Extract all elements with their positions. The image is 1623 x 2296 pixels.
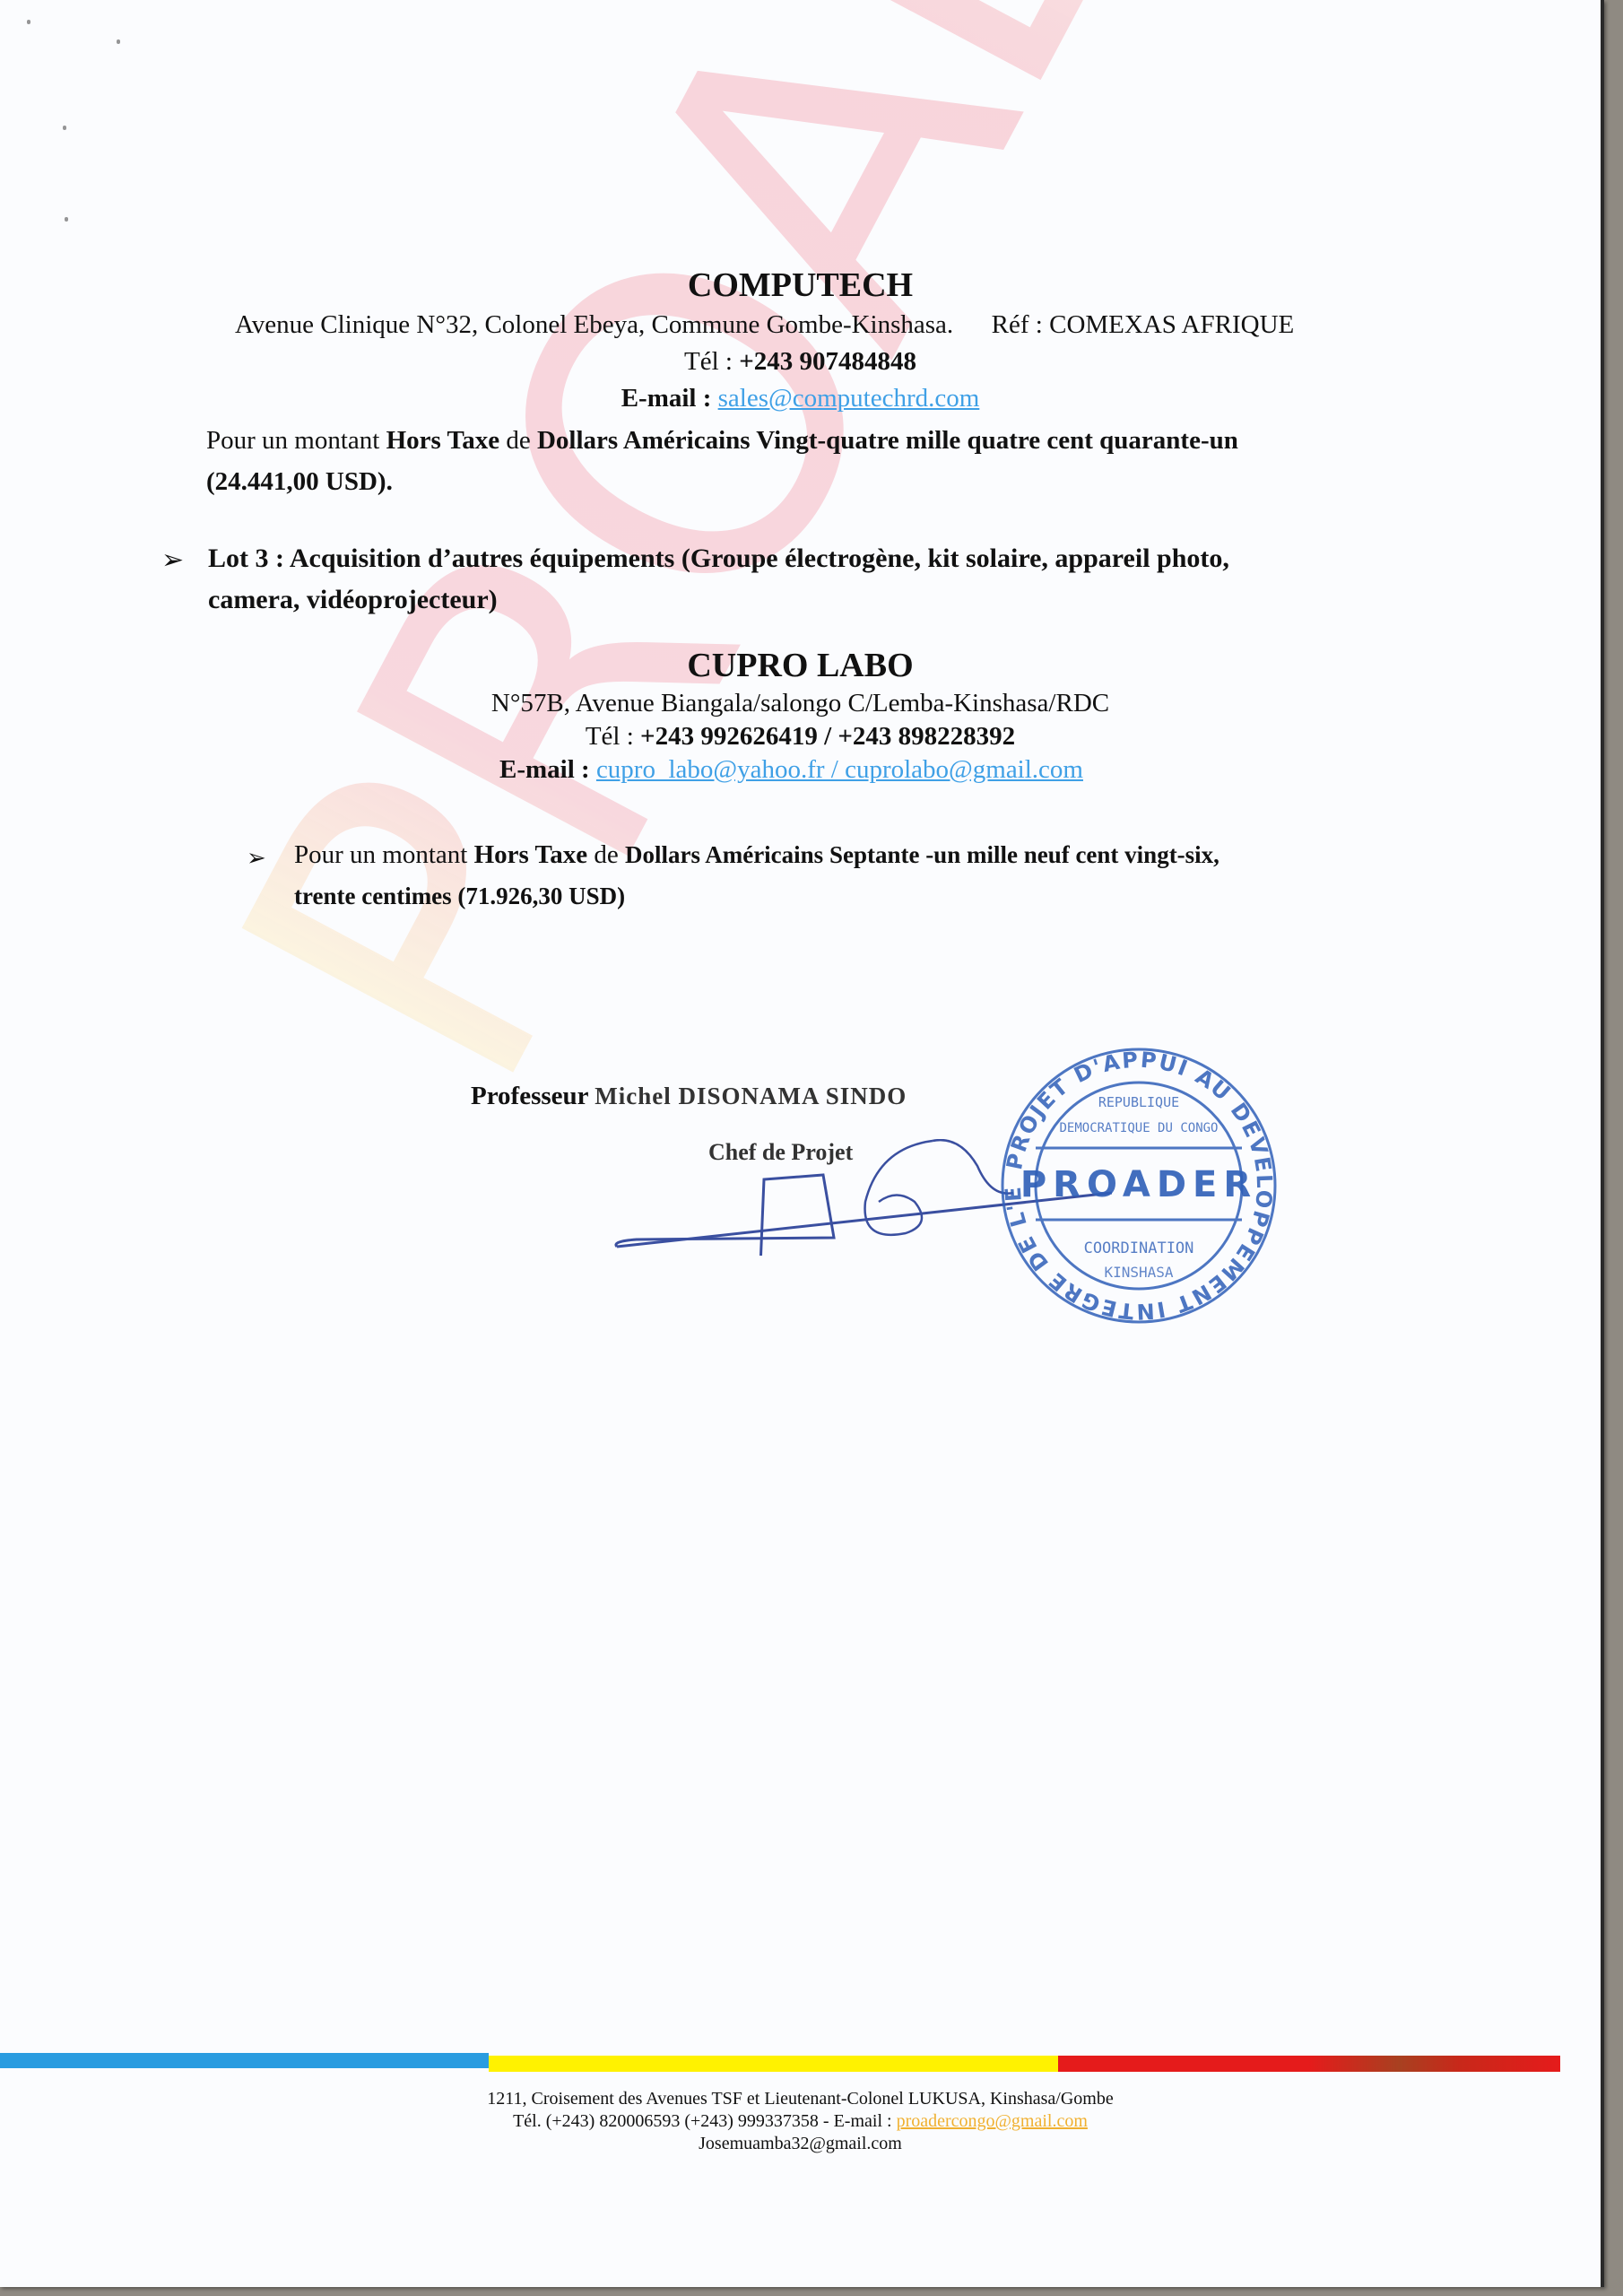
- signatory-title: Professeur: [471, 1082, 589, 1110]
- lot3-title-line1: Lot 3 : Acquisition d’autres équipements…: [208, 544, 1229, 573]
- supplier-2-email-line: E-mail : cupro_labo@yahoo.fr / cuprolabo…: [0, 755, 1592, 785]
- footer-email-link[interactable]: proadercongo@gmail.com: [897, 2111, 1088, 2131]
- tel-label: Tél :: [684, 347, 739, 376]
- tel-label: Tél :: [586, 722, 640, 751]
- amount-de: de: [499, 426, 537, 455]
- supplier-1-address: Avenue Clinique N°32, Colonel Ebeya, Com…: [235, 310, 953, 339]
- stamp-line1: REPUBLIQUE: [1098, 1094, 1179, 1110]
- supplier-1-amount: Pour un montant Hors Taxe de Dollars Amé…: [206, 420, 1480, 502]
- supplier-1-address-line: Avenue Clinique N°32, Colonel Ebeya, Com…: [235, 310, 1535, 340]
- stamp-line3: COORDINATION: [1084, 1239, 1194, 1257]
- footer-address: 1211, Croisement des Avenues TSF et Lieu…: [0, 2087, 1601, 2110]
- signatory-name: Michel DISONAMA SINDO: [595, 1083, 907, 1109]
- amount-de: de: [587, 840, 625, 869]
- email-label: E-mail :: [621, 384, 718, 413]
- supplier-1-tel: +243 907484848: [739, 347, 916, 376]
- document-page: PROADER COMPUTECH Avenue Clinique N°32, …: [0, 0, 1604, 2287]
- arrow-bullet-icon: ➢: [161, 544, 184, 576]
- amount-hors-taxe: Hors Taxe: [386, 426, 500, 455]
- supplier-1-tel-line: Tél : +243 907484848: [0, 347, 1601, 377]
- supplier-2-tel-line: Tél : +243 992626419 / +243 898228392: [0, 722, 1601, 752]
- footer-bar-red: [1058, 2056, 1560, 2072]
- supplier-1-email-line: E-mail : sales@computechrd.com: [0, 384, 1601, 413]
- amount-prefix: Pour un montant: [206, 426, 386, 455]
- email-label: E-mail :: [499, 755, 596, 784]
- supplier-2-address: N°57B, Avenue Biangala/salongo C/Lemba-K…: [0, 689, 1601, 718]
- amount-line2: trente centimes (71.926,30 USD): [294, 883, 625, 909]
- footer-bar-yellow: [489, 2056, 1058, 2072]
- stamp-center: PROADER: [1020, 1164, 1257, 1205]
- signatory-line: Professeur Michel DISONAMA SINDO: [471, 1082, 907, 1111]
- supplier-1-email-link[interactable]: sales@computechrd.com: [718, 384, 980, 413]
- footer-bar-blue: [0, 2053, 489, 2068]
- supplier-2-amount: Pour un montant Hors Taxe de Dollars Amé…: [294, 834, 1505, 917]
- amount-figure: (24.441,00 USD).: [206, 467, 393, 496]
- supplier-1-name: COMPUTECH: [0, 265, 1601, 305]
- supplier-2-tel: +243 992626419 / +243 898228392: [640, 722, 1015, 751]
- supplier-2-email-link[interactable]: cupro_labo@yahoo.fr / cuprolabo@gmail.co…: [596, 755, 1083, 784]
- official-stamp: PROJET D'APPUI AU DEVELOPPEMENT INTEGRE …: [995, 1042, 1282, 1329]
- arrow-bullet-icon: ➢: [247, 845, 266, 872]
- amount-prefix: Pour un montant: [294, 840, 474, 869]
- amount-words: Dollars Américains Septante -un mille ne…: [625, 841, 1219, 868]
- stamp-line4: KINSHASA: [1104, 1264, 1173, 1281]
- footer-email2: Josemuamba32@gmail.com: [0, 2132, 1601, 2155]
- footer-contact-line: Tél. (+243) 820006593 (+243) 999337358 -…: [0, 2109, 1601, 2133]
- amount-hors-taxe: Hors Taxe: [474, 840, 588, 869]
- footer-tel: Tél. (+243) 820006593 (+243) 999337358 -…: [513, 2111, 897, 2131]
- amount-words: Dollars Américains Vingt-quatre mille qu…: [537, 426, 1238, 455]
- supplier-2-name: CUPRO LABO: [0, 646, 1601, 685]
- stamp-line2: DEMOCRATIQUE DU CONGO: [1059, 1121, 1218, 1135]
- lot3-title: Lot 3 : Acquisition d’autres équipements…: [208, 538, 1499, 621]
- supplier-1-ref: Réf : COMEXAS AFRIQUE: [992, 310, 1295, 339]
- lot3-title-line2: camera, vidéoprojecteur): [208, 585, 498, 614]
